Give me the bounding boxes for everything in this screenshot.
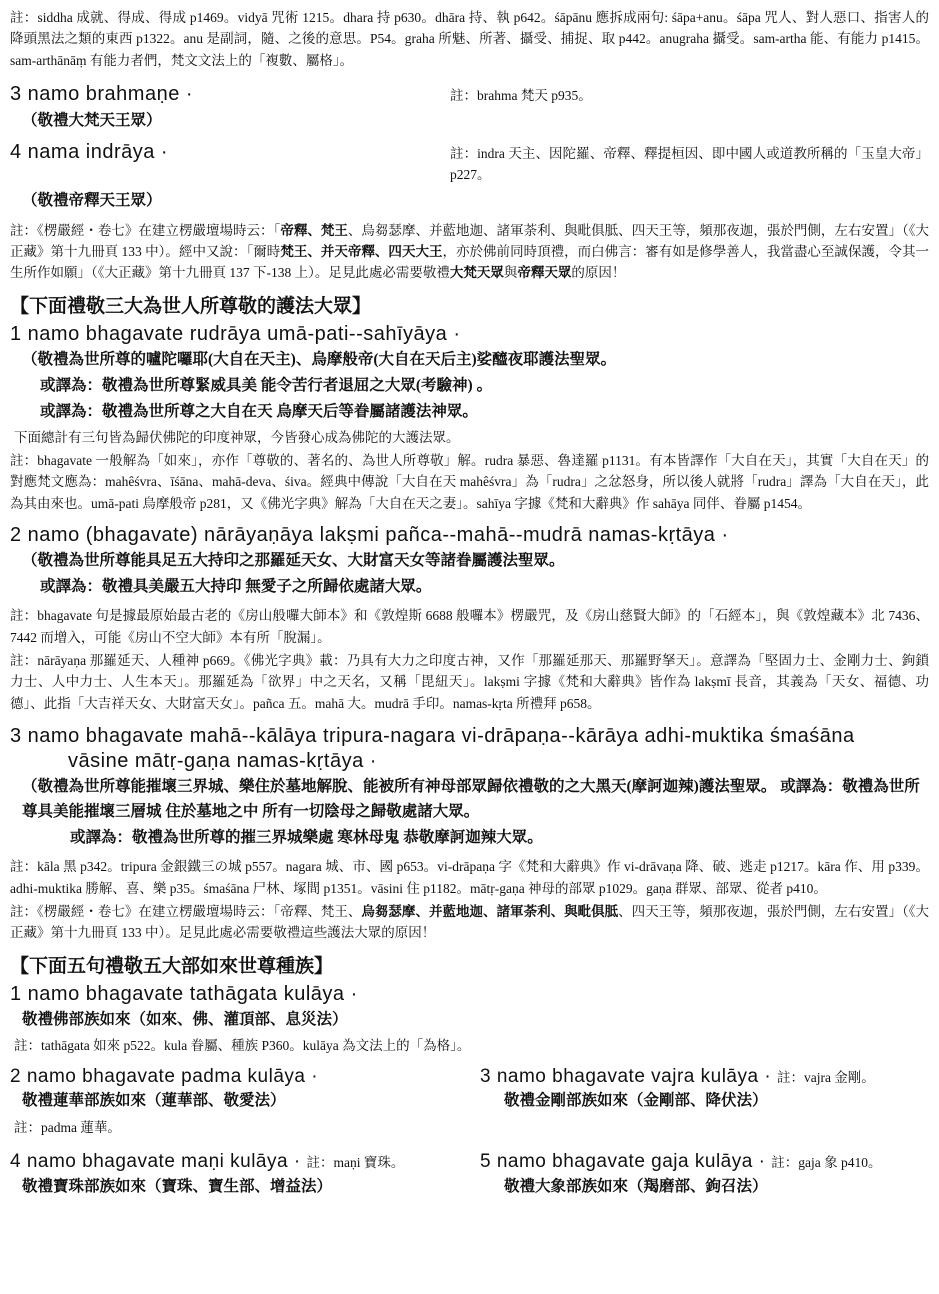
translation-narayana: （敬禮為世所尊能具足五大持印之那羅延天女、大財富天女等諸眷屬護法聖眾。 bbox=[10, 549, 929, 574]
alt-translation-narayana: 或譯為：敬禮具美嚴五大持印 無愛子之所歸依處諸大眾。 bbox=[10, 575, 929, 600]
annotation-narayana: 註：nārāyaṇa 那羅延天、人種神 p669。《佛光字典》載：乃具有大力之印… bbox=[10, 650, 929, 714]
mantra-vajra-text: 3 namo bhagavate vajra kulāya · bbox=[480, 1066, 771, 1087]
annotation-narayana-sources: 註：bhagavate 句是據最原始最古老的《房山般囉大師本》和《敦煌斯 668… bbox=[10, 605, 929, 648]
annotation-lengyan-sutra-2: 註：《楞嚴經・卷七》在建立楞嚴壇場時云：「帝釋、梵王、烏芻瑟摩、并藍地迦、諸軍荼… bbox=[10, 901, 929, 944]
translation-gaja: 敬禮大象部族如來（羯磨部、鉤召法） bbox=[492, 1175, 929, 1200]
translation-mahakala: （敬禮為世所尊能摧壞三界城、樂住於墓地解脫、能被所有神母部眾歸依禮敬的之大黑天(… bbox=[10, 775, 929, 825]
section-header-five-families: 【下面五句禮敬五大部如來世尊種族】 bbox=[10, 954, 929, 981]
translation-indra: （敬禮帝釋天王眾） bbox=[10, 189, 929, 214]
two-column-row-padma-vajra: 2 namo bhagavate padma kulāya · 3 namo b… bbox=[10, 1059, 929, 1089]
mantra-mahakala-line1: 3 namo bhagavate mahā--kālāya tripura-na… bbox=[10, 725, 855, 747]
two-column-row-padma-vajra-trans: 敬禮蓮華部族如來（蓮華部、敬愛法） 敬禮金剛部族如來（金剛部、降伏法） bbox=[10, 1088, 929, 1115]
two-column-row-mani-gaja: 4 namo bhagavate maṇi kulāya · 註：maṇi 寶珠… bbox=[10, 1140, 929, 1174]
translation-mahakala-main: （敬禮為世所尊能摧壞三界城、樂住於墓地解脫、能被所有神母部眾歸依禮敬的之大黑天(… bbox=[22, 778, 776, 795]
annotation-brahma: 註：brahma 梵天 p935。 bbox=[450, 85, 929, 106]
mantra-line-padma: 2 namo bhagavate padma kulāya · bbox=[10, 1065, 480, 1089]
annotation-padma: 註：padma 蓮華。 bbox=[10, 1117, 929, 1138]
mantra-mani-text: 4 namo bhagavate maṇi kulāya · bbox=[10, 1151, 301, 1172]
annotation-rudra-intro: 下面總計有三句皆為歸伏佛陀的印度神眾，今皆發心成為佛陀的大護法眾。 bbox=[10, 427, 929, 448]
section-header-three-protectors: 【下面禮敬三大為世人所尊敬的護法大眾】 bbox=[10, 294, 929, 321]
two-column-row-mani-gaja-trans: 敬禮寶珠部族如來（寶珠、寶生部、增益法） 敬禮大象部族如來（羯磨部、鉤召法） bbox=[10, 1174, 929, 1201]
annotation-gaja: 註：gaja 象 p410。 bbox=[771, 1155, 881, 1170]
alt-translation-rudra-2: 或譯為：敬禮為世所尊之大自在天 烏摩天后等眷屬諸護法神眾。 bbox=[10, 400, 929, 425]
translation-padma: 敬禮蓮華部族如來（蓮華部、敬愛法） bbox=[10, 1089, 492, 1114]
mantra-line-indra: 4 nama indrāya · bbox=[10, 140, 450, 165]
translation-brahma: （敬禮大梵天王眾） bbox=[10, 109, 929, 134]
annotation-lengyan-sutra: 註：《楞嚴經・卷七》在建立楞嚴壇場時云：「帝釋、梵王、烏芻瑟摩、并藍地迦、諸軍荼… bbox=[10, 220, 929, 284]
translation-rudra: （敬禮為世所尊的嚧陀囉耶(大自在天主)、烏摩般帝(大自在天后主)娑醯夜耶護法聖眾… bbox=[10, 348, 929, 373]
annotation-mani: 註：maṇi 寶珠。 bbox=[306, 1155, 404, 1170]
mantra-line-vajra: 3 namo bhagavate vajra kulāya · 註：vajra … bbox=[480, 1065, 929, 1089]
alt-translation-mahakala-2: 或譯為：敬禮為世所尊的摧三界城樂處 寒林母鬼 恭敬摩訶迦辣大眾。 bbox=[10, 826, 929, 851]
mantra-gaja-text: 5 namo bhagavate gaja kulāya · bbox=[480, 1151, 765, 1172]
mantra-line-tathagata: 1 namo bhagavate tathāgata kulāya · bbox=[10, 982, 929, 1007]
translation-vajra: 敬禮金剛部族如來（金剛部、降伏法） bbox=[492, 1089, 929, 1114]
annotation-siddha-vidya: 註：siddha 成就、得成、得成 p1469。vidyā 咒術 1215。dh… bbox=[10, 7, 929, 71]
mantra-line-rudra: 1 namo bhagavate rudrāya umā-pati--sahīy… bbox=[10, 322, 929, 347]
annotation-indra: 註：indra 天主、因陀羅、帝釋、釋提桓因、即中國人或道教所稱的「玉皇大帝」p… bbox=[450, 143, 929, 186]
scanned-document-page: 註：siddha 成就、得成、得成 p1469。vidyā 咒術 1215。dh… bbox=[0, 0, 939, 1294]
mantra-mahakala-line2: vāsine mātṛ-gaṇa namas-kṛtāya · bbox=[10, 749, 929, 774]
annotation-rudra: 註：bhagavate 一般解為「如來」，亦作「尊敬的、著名的、為世人所尊敬」解… bbox=[10, 450, 929, 514]
annotation-vajra: 註：vajra 金剛。 bbox=[777, 1070, 875, 1085]
translation-tathagata: 敬禮佛部族如來（如來、佛、灌頂部、息災法） bbox=[10, 1008, 929, 1033]
mantra-row-brahma: 3 namo brahmaṇe · 註：brahma 梵天 p935。 bbox=[10, 73, 929, 108]
mantra-line-mani: 4 namo bhagavate maṇi kulāya · 註：maṇi 寶珠… bbox=[10, 1150, 480, 1174]
mantra-row-indra: 4 nama indrāya · 註：indra 天主、因陀羅、帝釋、釋提桓因、… bbox=[10, 140, 929, 188]
translation-mani: 敬禮寶珠部族如來（寶珠、寶生部、增益法） bbox=[10, 1175, 492, 1200]
mantra-line-narayana: 2 namo (bhagavate) nārāyaṇāya lakṣmi pañ… bbox=[10, 523, 929, 548]
mantra-line-mahakala: 3 namo bhagavate mahā--kālāya tripura-na… bbox=[10, 724, 929, 774]
annotation-tathagata: 註：tathāgata 如來 p522。kula 眷屬、種族 P360。kulā… bbox=[10, 1035, 929, 1056]
annotation-mahakala: 註：kāla 黑 p342。tripura 金銀鐵三の城 p557。nagara… bbox=[10, 856, 929, 899]
mantra-line-brahma: 3 namo brahmaṇe · bbox=[10, 82, 450, 107]
mantra-line-gaja: 5 namo bhagavate gaja kulāya · 註：gaja 象 … bbox=[480, 1150, 929, 1174]
alt-translation-rudra-1: 或譯為：敬禮為世所尊緊威具美 能令苦行者退屈之大眾(考驗神) 。 bbox=[10, 374, 929, 399]
